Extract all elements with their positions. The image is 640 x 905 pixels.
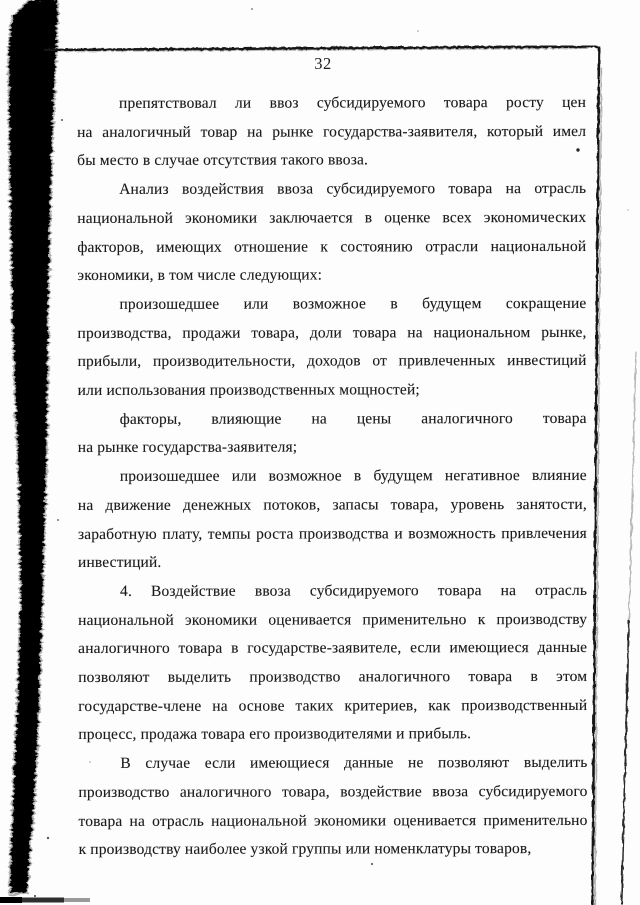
outer-edge-line-lower — [622, 620, 630, 905]
paragraph-7: В случае если имеющиеся данные не позвол… — [78, 749, 587, 865]
paragraph-4: факторы, влияющие на цены аналогичного т… — [78, 405, 587, 463]
bottom-scan-bar-dark — [0, 897, 22, 903]
document-text: препятствовал ли ввоз субсидируемого тов… — [77, 89, 588, 865]
bottom-scan-bar-mid — [22, 898, 64, 903]
scanned-page: 32 препятствовал ли ввоз субсидируемого … — [0, 0, 640, 905]
paragraph-2: Анализ воздействия ввоза субсидируемого … — [77, 175, 586, 291]
paragraph-5: произошедшее или возможное в будущем нег… — [78, 462, 587, 578]
page-number: 32 — [45, 54, 601, 74]
page-edge-top-line — [44, 47, 599, 51]
paragraph-1: препятствовал ли ввоз субсидируемого тов… — [77, 89, 586, 176]
outer-edge-line-upper — [629, 352, 636, 620]
bottom-scan-bar-light — [64, 898, 90, 902]
paragraph-6: 4. Воздействие ввоза субсидируемого това… — [78, 577, 587, 750]
paragraph-3: произошедшее или возможное в будущем сок… — [77, 290, 586, 406]
